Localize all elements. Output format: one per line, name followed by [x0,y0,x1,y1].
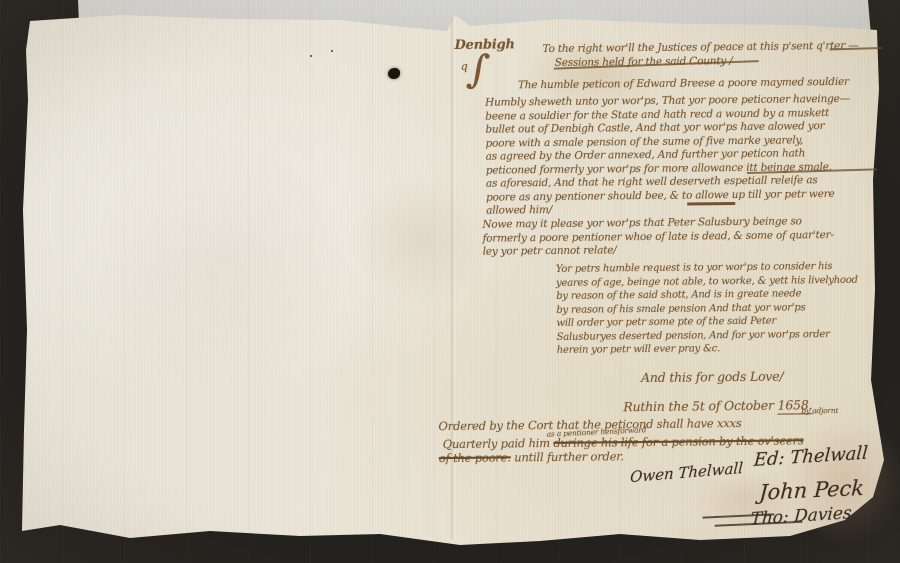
manuscript-line: ley yor petr cannot relate/ [483,242,834,259]
dateline: Ruthin the 5t of October 1658. [623,397,812,414]
signature-tho-davies: Tho: Davies [750,503,853,529]
order-superscript-note: by adjornt [801,406,838,415]
struck-text: of the poore. [439,450,511,465]
handwriting-layer: Denbigh q ∫ To the right wor'll the Just… [0,0,900,563]
petition-paragraph-2: Nowe may it please yor wor'ps that Peter… [482,215,834,259]
signature-owen-thelwall: Owen Thelwall [630,459,744,486]
manuscript-photo: Denbigh q ∫ To the right wor'll the Just… [0,0,900,563]
signature-john-peck: John Peck [759,476,865,505]
paraph-flourish: ∫ [468,55,489,87]
struck-text: duringe his life for a pension by the ov… [553,433,803,450]
order-amount: xxxs [717,416,742,430]
place-date: Ruthin the 5t of October [623,398,777,415]
heading-line-3: The humble peticon of Edward Breese a po… [518,76,849,91]
petition-paragraph-1: Humbly sheweth unto yor wor'ps, That yor… [485,93,851,218]
petition-request-paragraph: Yor petrs humble request is to yor wor'p… [556,260,859,358]
closing-line: And this for gods Love/ [641,369,784,385]
strikethrough-mark [687,202,735,206]
heading-line-1: To the right wor'll the Justices of peac… [543,40,859,55]
manuscript-line: herein yor petr will ever pray &c. [557,341,859,358]
order-line-3: of the poore. untill further order. [439,449,624,465]
